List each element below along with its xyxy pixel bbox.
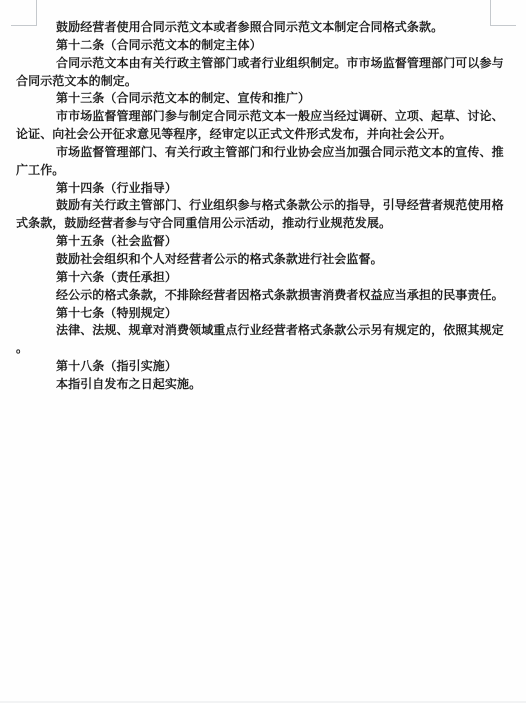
- text-line: 市市场监督管理部门参与制定合同示范文本一般应当经过调研、立项、起草、讨论、: [16, 108, 512, 126]
- text-line: 广工作。: [16, 162, 512, 180]
- text-line: 鼓励有关行政主管部门、行业组织参与格式条款公示的指导，引导经营者规范使用格: [16, 197, 512, 215]
- text-line: 。: [16, 340, 512, 358]
- document-page: 鼓励经营者使用合同示范文本或者参照合同示范文本制定合同格式条款。 第十二条（合同…: [0, 0, 526, 703]
- text-line: 第十四条（行业指导）: [16, 180, 512, 198]
- text-line: 经公示的格式条款，不排除经营者因格式条款损害消费者权益应当承担的民事责任。: [16, 287, 512, 305]
- text-line: 合同示范文本由有关行政主管部门或者行业组织制定。市市场监督管理部门可以参与: [16, 55, 512, 73]
- document-body: 鼓励经营者使用合同示范文本或者参照合同示范文本制定合同格式条款。 第十二条（合同…: [16, 19, 512, 394]
- text-line: 第十六条（责任承担）: [16, 269, 512, 287]
- text-line: 鼓励经营者使用合同示范文本或者参照合同示范文本制定合同格式条款。: [16, 19, 512, 37]
- text-line: 第十七条（特别规定）: [16, 305, 512, 323]
- text-line: 法律、法规、规章对消费领域重点行业经营者格式条款公示另有规定的，依照其规定: [16, 322, 512, 340]
- text-line: 鼓励社会组织和个人对经营者公示的格式条款进行社会监督。: [16, 251, 512, 269]
- text-line: 第十三条（合同示范文本的制定、宣传和推广）: [16, 90, 512, 108]
- text-line: 合同示范文本的制定。: [16, 73, 512, 91]
- text-line: 第十八条（指引实施）: [16, 358, 512, 376]
- text-line: 式条款，鼓励经营者参与守合同重信用公示活动，推动行业规范发展。: [16, 215, 512, 233]
- text-line: 第十五条（社会监督）: [16, 233, 512, 251]
- text-line: 市场监督管理部门、有关行政主管部门和行业协会应当加强合同示范文本的宣传、推: [16, 144, 512, 162]
- text-line: 本指引自发布之日起实施。: [16, 376, 512, 394]
- text-line: 论证、向社会公开征求意见等程序，经审定以正式文件形式发布，并向社会公开。: [16, 126, 512, 144]
- text-line: 第十二条（合同示范文本的制定主体）: [16, 37, 512, 55]
